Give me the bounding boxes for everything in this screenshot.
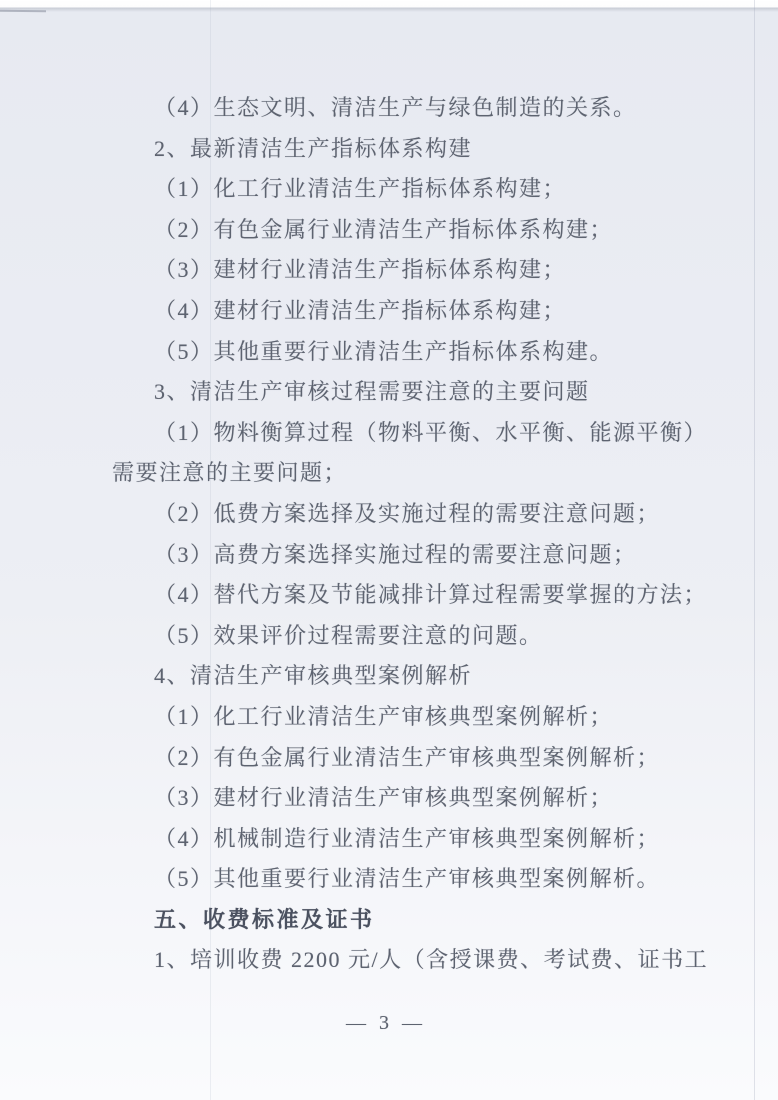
section-heading: 五、收费标准及证书	[112, 900, 712, 941]
scanned-document-page: （4）生态文明、清洁生产与绿色制造的关系。 2、最新清洁生产指标体系构建 （1）…	[0, 0, 778, 1100]
doc-line: （3）建材行业清洁生产指标体系构建；	[112, 250, 712, 291]
doc-line: （1）物料衡算过程（物料平衡、水平衡、能源平衡）	[112, 413, 712, 454]
doc-line: （3）高费方案选择实施过程的需要注意问题；	[112, 535, 712, 576]
page-footer: — 3 —	[0, 1012, 778, 1035]
doc-line: （2）有色金属行业清洁生产审核典型案例解析；	[112, 738, 712, 779]
doc-line: （1）化工行业清洁生产审核典型案例解析；	[112, 697, 712, 738]
doc-line-continuation: 需要注意的主要问题；	[112, 453, 712, 494]
doc-line: （5）效果评价过程需要注意的问题。	[112, 616, 712, 657]
doc-line: （3）建材行业清洁生产审核典型案例解析；	[112, 778, 712, 819]
doc-line: （4）生态文明、清洁生产与绿色制造的关系。	[112, 88, 712, 129]
page-number: — 3 —	[346, 1012, 426, 1035]
doc-line: （2）低费方案选择及实施过程的需要注意问题；	[112, 494, 712, 535]
paper-fold-line	[754, 0, 755, 1100]
doc-line: （5）其他重要行业清洁生产审核典型案例解析。	[112, 859, 712, 900]
doc-line: 1、培训收费 2200 元/人（含授课费、考试费、证书工	[112, 940, 712, 981]
doc-line: 2、最新清洁生产指标体系构建	[112, 129, 712, 170]
doc-line: （4）建材行业清洁生产指标体系构建；	[112, 291, 712, 332]
doc-line: （4）替代方案及节能减排计算过程需要掌握的方法；	[112, 575, 712, 616]
doc-line: 3、清洁生产审核过程需要注意的主要问题	[112, 372, 712, 413]
doc-line: （5）其他重要行业清洁生产指标体系构建。	[112, 332, 712, 373]
scan-edge-artifact	[0, 10, 46, 12]
doc-line: （1）化工行业清洁生产指标体系构建；	[112, 169, 712, 210]
doc-line: （4）机械制造行业清洁生产审核典型案例解析；	[112, 819, 712, 860]
document-body: （4）生态文明、清洁生产与绿色制造的关系。 2、最新清洁生产指标体系构建 （1）…	[112, 88, 712, 981]
doc-line: 4、清洁生产审核典型案例解析	[112, 656, 712, 697]
doc-line: （2）有色金属行业清洁生产指标体系构建；	[112, 210, 712, 251]
